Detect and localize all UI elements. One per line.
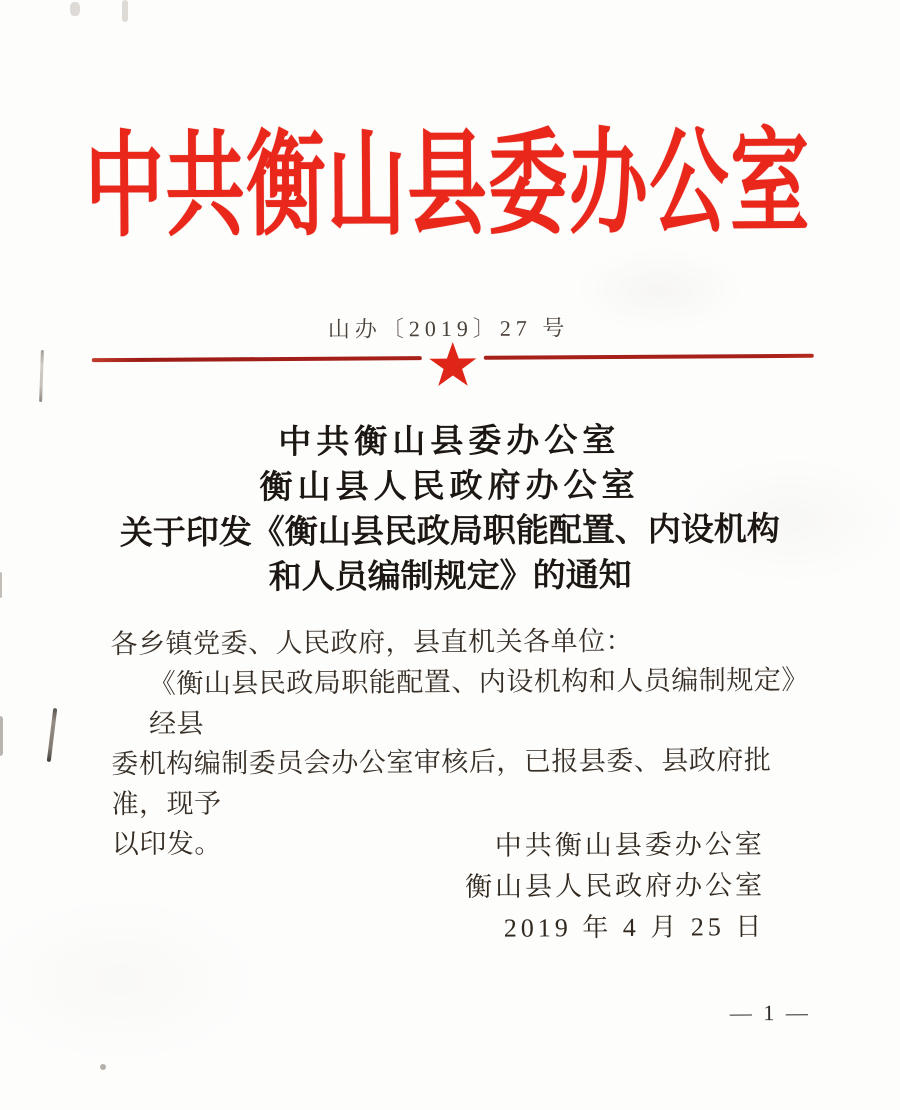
title-line: 中共衡山县委办公室 (0, 417, 899, 467)
letterhead-title: 中共衡山县委办公室 (85, 126, 811, 245)
title-line: 关于印发《衡山县民政局职能配置、内设机构 (0, 507, 900, 557)
scan-smudge (70, 2, 80, 16)
signature-org: 衡山县人民政府办公室 (465, 865, 765, 908)
title-line: 衡山县人民政府办公室 (0, 462, 900, 512)
body-line: 《衡山县民政局职能配置、内设机构和人员编制规定》经县 (111, 660, 821, 744)
document-content: 中共衡山县委办公室 山办〔2019〕27 号 中共衡山县委办公室 衡山县人民政府… (0, 0, 900, 1110)
body-line: 委机构编制委员会办公室审核后，已报县委、县政府批准，现予 (111, 740, 821, 824)
signature-date: 2019 年 4 月 25 日 (465, 906, 765, 949)
scan-edge-mark (0, 572, 2, 598)
scanned-document-page: 中共衡山县委办公室 山办〔2019〕27 号 中共衡山县委办公室 衡山县人民政府… (0, 0, 900, 1110)
divider-line-right (484, 354, 814, 360)
red-divider (92, 340, 814, 390)
signature-org: 中共衡山县委办公室 (465, 824, 765, 867)
scan-edge-mark (0, 716, 3, 756)
signature-block: 中共衡山县委办公室 衡山县人民政府办公室 2019 年 4 月 25 日 (465, 824, 766, 949)
notice-title: 中共衡山县委办公室 衡山县人民政府办公室 关于印发《衡山县民政局职能配置、内设机… (0, 417, 900, 602)
title-line: 和人员编制规定》的通知 (0, 552, 900, 602)
salutation: 各乡镇党委、人民政府，县直机关各单位： (110, 620, 820, 664)
scan-smudge (122, 0, 128, 22)
page-number: — 1 — (730, 1000, 811, 1026)
divider-line-left (92, 356, 422, 362)
star-icon (429, 342, 477, 388)
scan-speck (100, 1064, 106, 1070)
